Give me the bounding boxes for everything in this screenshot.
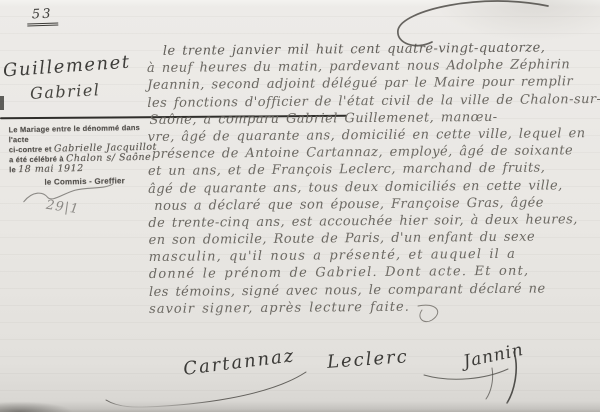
scan-edge-mark bbox=[0, 96, 4, 110]
body-line: savoir signer, après lecture faite. bbox=[149, 297, 599, 318]
stamp-handwritten-date: 18 mai 1912 bbox=[18, 163, 84, 175]
stamp-line-2-printed: ci-contre et bbox=[9, 145, 52, 155]
scanned-register-page: 53 Guillemenet Gabriel Le Mariage entre … bbox=[0, 0, 600, 412]
record-number: 53 bbox=[27, 6, 58, 26]
scan-top-sheen bbox=[0, 0, 600, 7]
margin-name-firstname: Gabriel bbox=[30, 80, 101, 103]
signature-leclerc: Leclerc bbox=[326, 346, 409, 373]
signature-jannin: Jannin bbox=[462, 340, 526, 372]
margin-name-surname: Guillemenet bbox=[2, 52, 131, 82]
signature-cartannaz: Cartannaz bbox=[182, 345, 296, 380]
act-body: le trente janvier mil huit cent quatre-v… bbox=[147, 39, 599, 318]
stamp-line-4-printed: le bbox=[9, 165, 16, 174]
stamp-line-4: le 18 mai 1912 bbox=[9, 163, 159, 176]
scan-corner-smudge bbox=[0, 390, 110, 412]
